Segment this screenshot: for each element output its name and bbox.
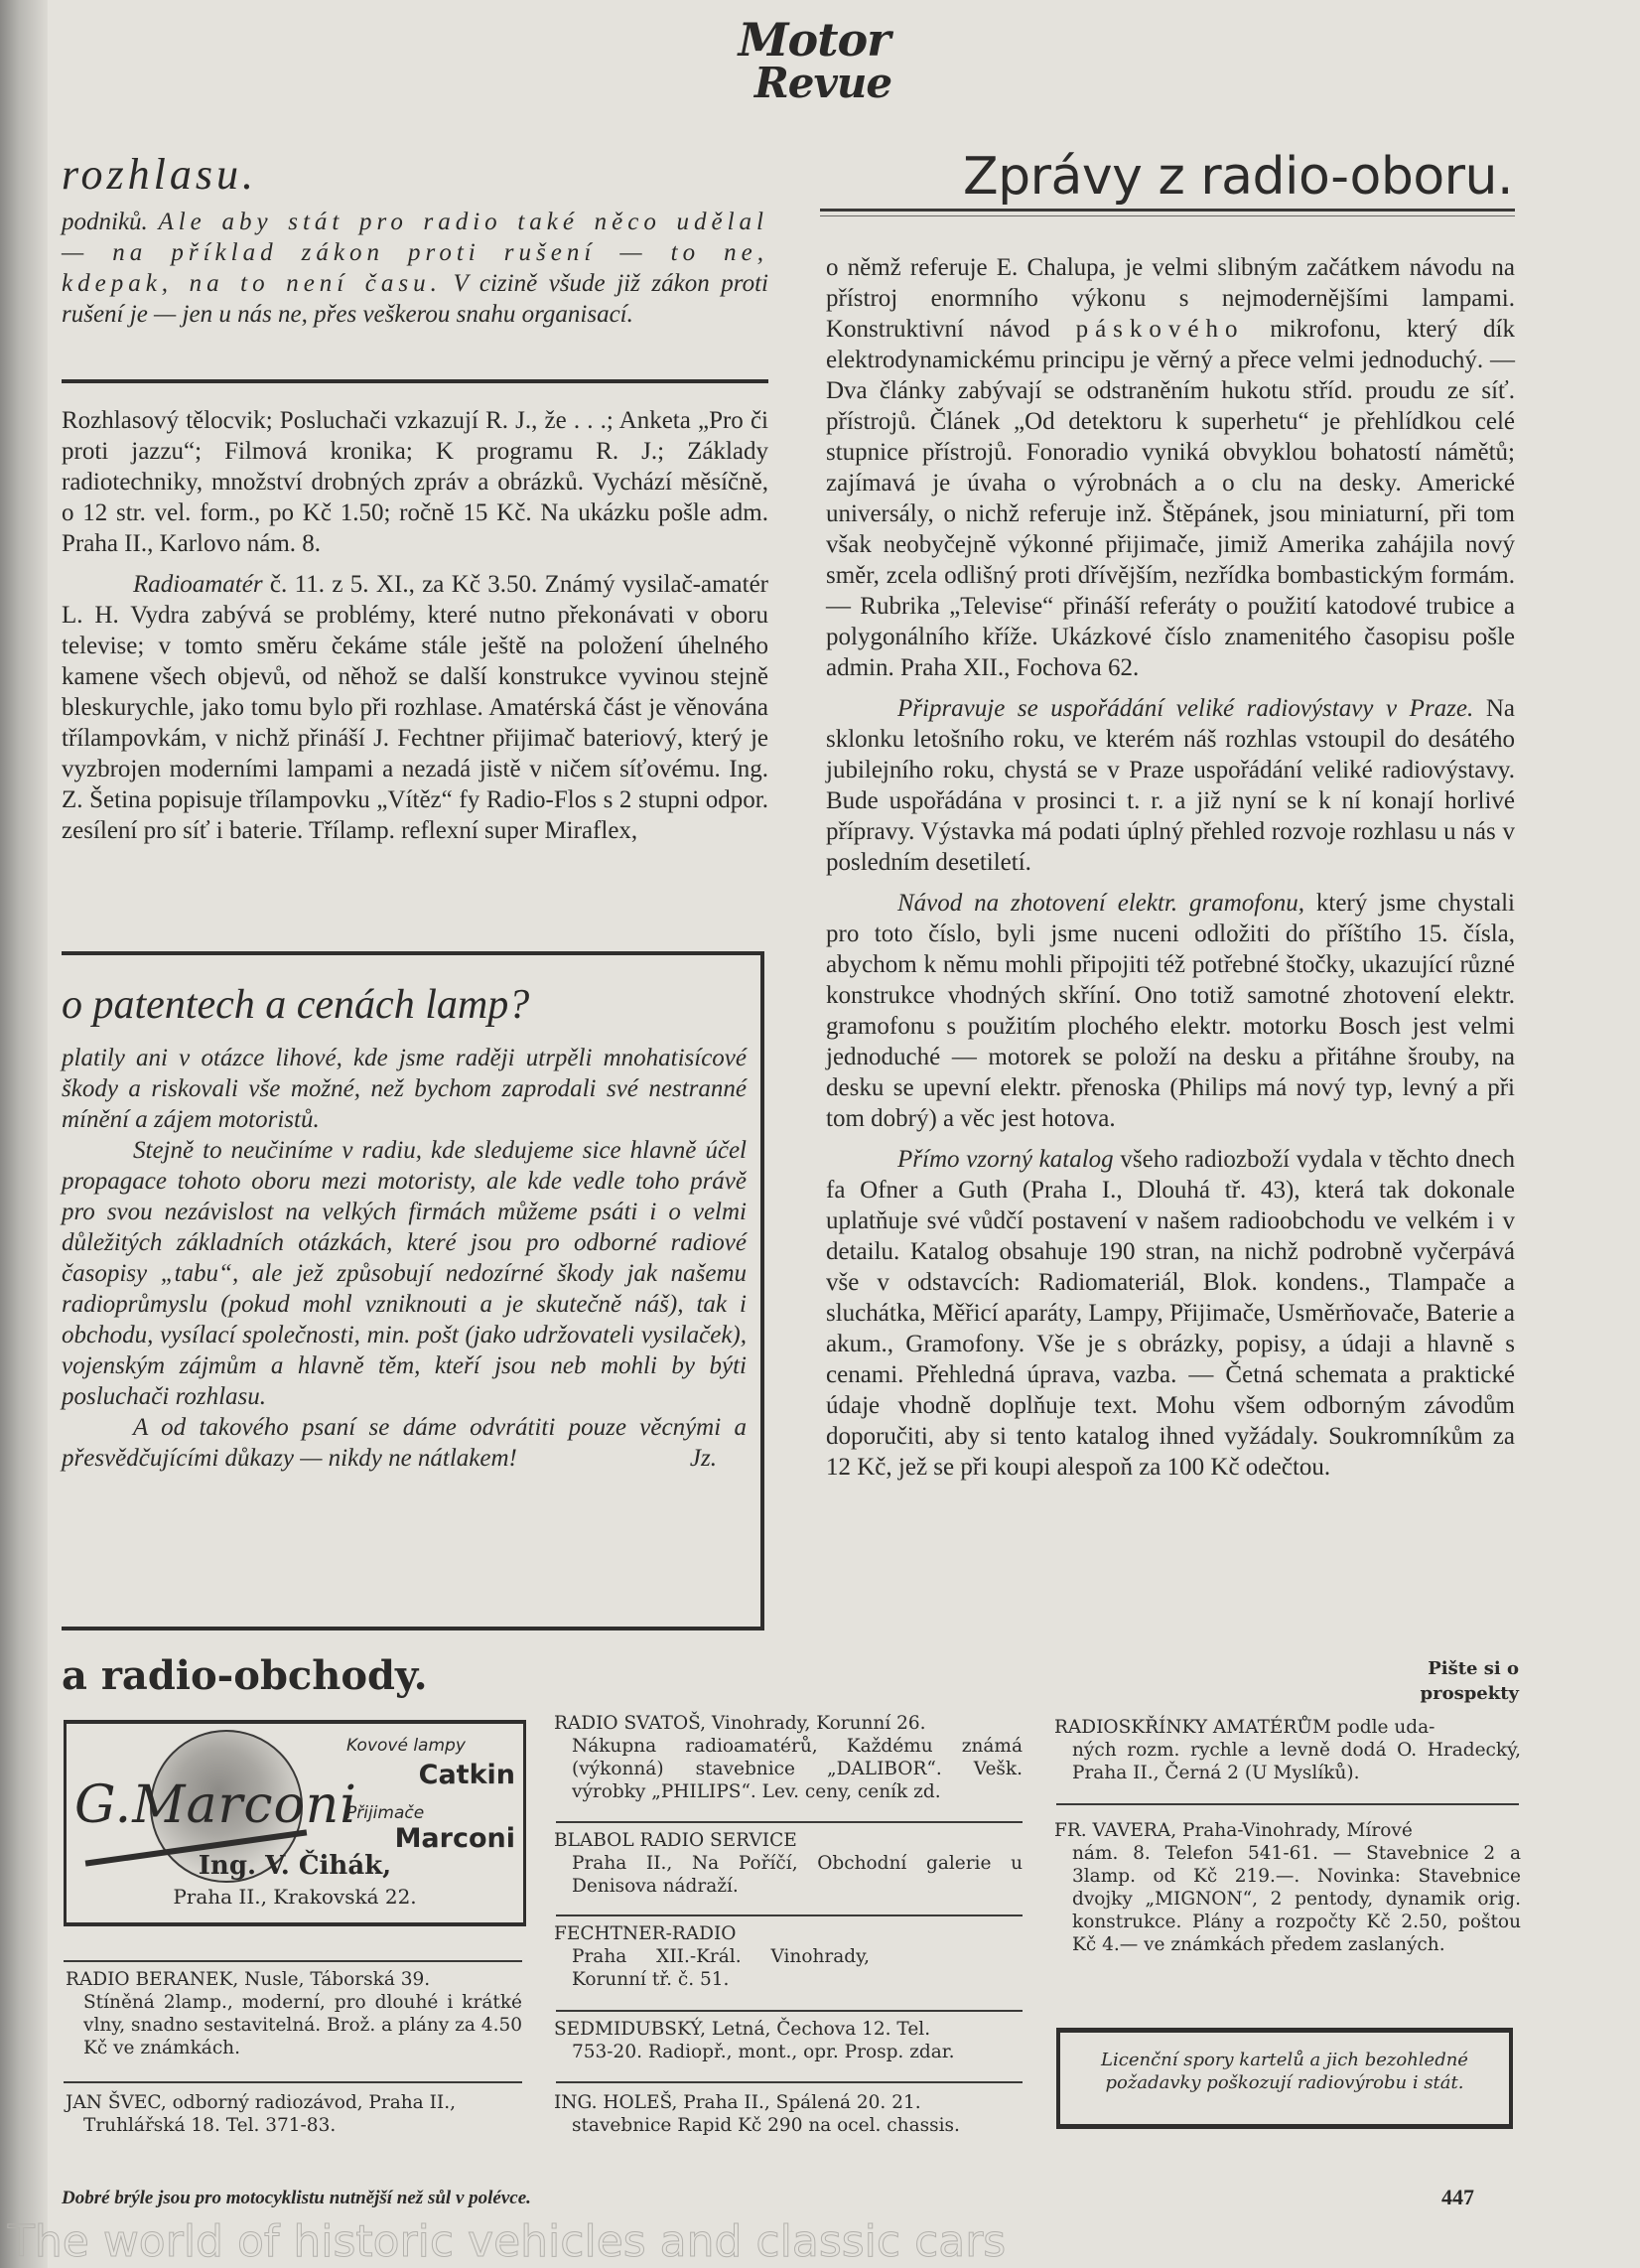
- page-number: 447: [1441, 2185, 1474, 2210]
- watermark-text: The world of historic vehicles and class…: [8, 2216, 1006, 2267]
- marconi-ad: G.Marconi Kovové lampy Catkin Přijimače …: [64, 1720, 526, 1926]
- right-heading-rule: [820, 209, 1515, 216]
- ad-divider: [556, 2081, 1023, 2083]
- listing-name: FR. VAVERA,: [1054, 1820, 1176, 1841]
- listing-name: BLABOL RADIO SERVICE: [554, 1829, 1023, 1852]
- page-edge-shadow: [0, 0, 48, 2268]
- ad-brand-marconi: Marconi: [395, 1823, 515, 1854]
- right-paragraph-4: Přímo vzorný katalog všeho radiozboží vy…: [826, 1144, 1515, 1483]
- right-paragraph-2: Připravuje se uspořádání veliké radiovýs…: [826, 693, 1515, 878]
- radiovystava-title: Připravuje se uspořádání veliké radiovýs…: [897, 695, 1473, 722]
- ad-label-prijimace: Přijimače: [346, 1803, 424, 1823]
- marconi-logo: G.Marconi: [74, 1775, 357, 1835]
- right-p1-b: mikrofonu, který dík elektrodynamickému …: [826, 316, 1515, 681]
- listing-body: Nákupna radioamatérů, Každému známá (výk…: [554, 1735, 1023, 1803]
- right-p1-spaced: páskového: [1076, 316, 1245, 343]
- listing-name: SEDMIDUBSKÝ,: [554, 2019, 706, 2040]
- ad-owner: Ing. V. Čihák,: [67, 1851, 523, 1881]
- editorial-paragraph-2: Stejně to neučiníme v radiu, kde sleduje…: [62, 1135, 747, 1412]
- ad-divider: [1056, 1803, 1519, 1805]
- ad-listing-holes: ING. HOLEŠ, Praha II., Spálená 20. 21.st…: [554, 2091, 1023, 2137]
- left-body: Rozhlasový tělocvik; Posluchači vzkazují…: [62, 405, 768, 846]
- listing-name: FECHTNER-RADIO: [554, 1922, 1023, 1945]
- listing-body: Truhlářská 18. Tel. 371-83.: [66, 2114, 522, 2137]
- listing-name: ING. HOLEŠ,: [554, 2092, 677, 2113]
- editorial-box-body: platily ani v otázce lihové, kde jsme ra…: [62, 1043, 747, 1474]
- intro-paragraph: podniků. Ale aby stát pro radio také něc…: [62, 207, 768, 330]
- radioamater-title: Radioamatér: [133, 571, 263, 598]
- listing-body: Praha II., Na Poříčí, Obchodní galerie u…: [554, 1852, 1023, 1898]
- ad-listing-vavera: FR. VAVERA, Praha-Vinohrady, Mírovénám. …: [1054, 1819, 1521, 1956]
- ad-divider: [556, 1914, 1023, 1916]
- ad-brand-catkin: Catkin: [419, 1760, 515, 1790]
- right-paragraph-3: Návod na zhotovení elektr. gramofonu, kt…: [826, 888, 1515, 1134]
- listing-name: RADIO BERANEK,: [66, 1969, 238, 1990]
- ad-divider: [556, 1821, 1023, 1823]
- listing-address: odborný radiozávod, Praha II.,: [167, 2092, 456, 2113]
- right-p3-text: který jsme chystali pro toto číslo, byli…: [826, 890, 1515, 1132]
- listing-body: Praha XII.-Král. Vinohrady, Korunní tř. …: [554, 1945, 870, 1991]
- ads-section-title: a radio-obchody.: [62, 1652, 428, 1699]
- editorial-paragraph-1: platily ani v otázce lihové, kde jsme ra…: [62, 1043, 747, 1135]
- ad-divider: [64, 1960, 522, 1962]
- ad-listing-beranek: RADIO BERANEK, Nusle, Táborská 39.Stíněn…: [66, 1968, 522, 2059]
- ad-address: Praha II., Krakovská 22.: [67, 1885, 523, 1909]
- ad-divider: [64, 2081, 522, 2083]
- listing-body: nám. 8. Telefon 541-61. — Stavebnice 2 a…: [1054, 1842, 1521, 1956]
- listing-address: podle uda-: [1331, 1717, 1435, 1738]
- katalog-title: Přímo vzorný katalog: [897, 1146, 1114, 1173]
- ad-listing-sedmidubsky: SEDMIDUBSKÝ, Letná, Čechova 12. Tel.753-…: [554, 2018, 1023, 2063]
- left-intro: podniků. Ale aby stát pro radio také něc…: [62, 207, 768, 330]
- listing-body: 753-20. Radiopř., mont., opr. Prosp. zda…: [554, 2041, 1023, 2063]
- right-heading: Zprávy z radio-oboru.: [866, 147, 1513, 207]
- listing-address: Letná, Čechova 12. Tel.: [706, 2019, 930, 2040]
- licence-notice-box: Licenční spory kartelů a jich bezohledné…: [1056, 2028, 1513, 2129]
- prospekty-line1: Pište si o: [1370, 1656, 1519, 1681]
- prospekty-line2: prospekty: [1370, 1681, 1519, 1706]
- listing-address: Nusle, Táborská 39.: [238, 1969, 430, 1990]
- listing-body: Stíněná 2lamp., moderní, pro dlouhé i kr…: [66, 1991, 522, 2059]
- listing-name: JAN ŠVEC,: [66, 2092, 167, 2113]
- right-body: o němž referuje E. Chalupa, je velmi sli…: [826, 252, 1515, 1483]
- masthead-line2: Revue: [728, 62, 918, 105]
- right-p2-text: Na sklonku letošního roku, ve kterém náš…: [826, 695, 1515, 876]
- footer-motto: Dobré brýle jsou pro motocyklistu nutněj…: [62, 2188, 531, 2209]
- listing-name: RADIOSKŘÍNKY AMATÉRŮM: [1054, 1717, 1331, 1738]
- right-p4-text: všeho radiozboží vydala v těchto dnech f…: [826, 1146, 1515, 1481]
- gramofon-title: Návod na zhotovení elektr. gramofonu,: [897, 890, 1304, 917]
- listing-name: RADIO SVATOŠ,: [554, 1713, 706, 1734]
- listing-address: Praha II., Spálená 20. 21.: [677, 2092, 920, 2113]
- listing-body: ných rozm. rychle a levně dodá O. Hradec…: [1054, 1739, 1521, 1784]
- ad-listing-fechtner: FECHTNER-RADIOPraha XII.-Král. Vinohrady…: [554, 1922, 1023, 1991]
- left-paragraph-2: Radioamatér č. 11. z 5. XI., za Kč 3.50.…: [62, 569, 768, 846]
- listing-body: stavebnice Rapid Kč 290 na ocel. chassis…: [554, 2114, 1023, 2137]
- ad-listing-blabol: BLABOL RADIO SERVICEPraha II., Na Poříčí…: [554, 1829, 1023, 1898]
- ad-listing-svatos: RADIO SVATOŠ, Vinohrady, Korunní 26.Náku…: [554, 1712, 1023, 1803]
- ad-divider: [556, 2010, 1023, 2012]
- intro-lead: podniků.: [62, 209, 158, 235]
- ad-listing-svec: JAN ŠVEC, odborný radiozávod, Praha II.,…: [66, 2091, 522, 2137]
- listing-address: Praha-Vinohrady, Mírové: [1176, 1820, 1413, 1841]
- prospekty-note: Pište si o prospekty: [1370, 1656, 1519, 1706]
- left-heading: rozhlasu.: [62, 149, 257, 200]
- left-paragraph-2-text: č. 11. z 5. XI., za Kč 3.50. Známý vysil…: [62, 571, 768, 844]
- masthead-line1: Motor: [710, 18, 918, 62]
- ad-label-kovove: Kovové lampy: [346, 1736, 466, 1756]
- right-paragraph-1: o němž referuje E. Chalupa, je velmi sli…: [826, 252, 1515, 683]
- ad-listing-radioskrinky: RADIOSKŘÍNKY AMATÉRŮM podle uda-ných roz…: [1054, 1716, 1521, 1784]
- left-rule: [62, 379, 768, 383]
- masthead-logo: Motor Revue: [710, 18, 918, 105]
- listing-address: Vinohrady, Korunní 26.: [706, 1713, 926, 1734]
- left-paragraph-1: Rozhlasový tělocvik; Posluchači vzkazují…: [62, 405, 768, 559]
- editorial-box-title: o patentech a cenách lamp?: [62, 981, 529, 1029]
